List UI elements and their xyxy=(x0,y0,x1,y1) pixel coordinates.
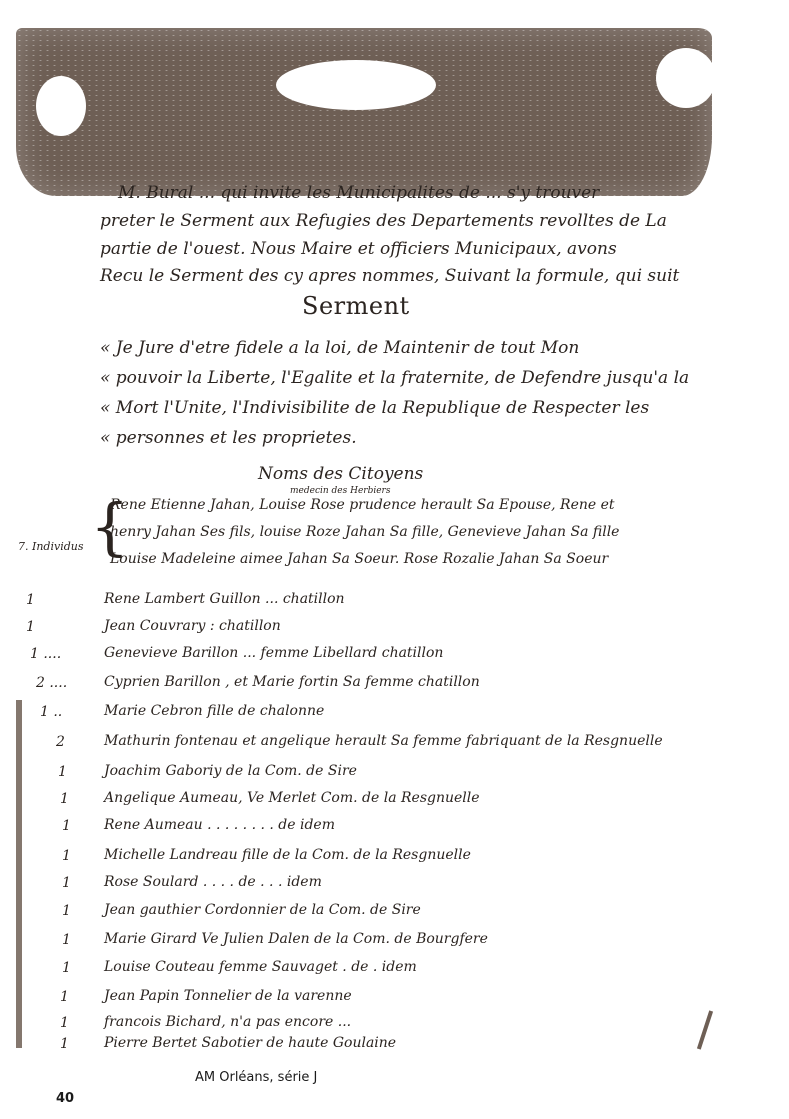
entry-count: 1 xyxy=(26,592,35,608)
entry-name: Rene Lambert Guillon ... chatillon xyxy=(104,591,345,607)
entry-name: francois Bichard, n'a pas encore ... xyxy=(104,1014,351,1030)
names-heading: Noms des Citoyens xyxy=(258,464,423,484)
family-count-label: 7. Individus xyxy=(18,540,83,553)
entry-count: 1 xyxy=(62,818,71,834)
stain-texture xyxy=(16,28,712,196)
oath-line: « Je Jure d'etre fidele a la loi, de Mai… xyxy=(100,338,579,358)
entry-count: 1 xyxy=(62,960,71,976)
oath-line: « pouvoir la Liberte, l'Egalite et la fr… xyxy=(100,368,689,388)
oath-line: « Mort l'Unite, l'Indivisibilite de la R… xyxy=(100,398,649,418)
entry-count: 1 xyxy=(60,791,69,807)
page-number: 40 xyxy=(56,1091,74,1106)
entry-name: Pierre Bertet Sabotier de haute Goulaine xyxy=(104,1035,396,1051)
entry-count: 1 xyxy=(60,989,69,1005)
entry-count: 1 xyxy=(60,1036,69,1052)
entry-count: 1 xyxy=(62,932,71,948)
intro-line: M. Bural ... qui invite les Municipalite… xyxy=(118,183,599,203)
entry-count: 2 xyxy=(56,734,65,750)
entry-count: 1 .. xyxy=(40,704,62,720)
entry-name: Jean gauthier Cordonnier de la Com. de S… xyxy=(104,902,421,918)
stain-light-patch xyxy=(36,76,86,136)
entry-name: Jean Papin Tonnelier de la varenne xyxy=(104,988,352,1004)
entry-name: Rose Soulard . . . . de . . . idem xyxy=(104,874,322,890)
entry-count: 1 xyxy=(62,903,71,919)
entry-count: 1 .... xyxy=(30,646,61,662)
oath-heading: Serment xyxy=(302,292,410,320)
entry-count: 1 xyxy=(62,848,71,864)
intro-line: partie de l'ouest. Nous Maire et officie… xyxy=(100,239,617,259)
entry-count: 2 .... xyxy=(36,675,67,691)
stain-light-patch xyxy=(276,60,436,110)
entry-name: Marie Girard Ve Julien Dalen de la Com. … xyxy=(104,931,488,947)
family-member-line: Louise Madeleine aimee Jahan Sa Soeur. R… xyxy=(110,551,608,567)
intro-line: Recu le Serment des cy apres nommes, Sui… xyxy=(100,266,679,286)
entry-name: Jean Couvrary : chatillon xyxy=(104,618,281,634)
entry-name: Louise Couteau femme Sauvaget . de . ide… xyxy=(104,959,417,975)
family-member-line: henry Jahan Ses fils, louise Roze Jahan … xyxy=(110,524,619,540)
entry-count: 1 xyxy=(58,764,67,780)
page-binding-edge xyxy=(16,700,22,1048)
entry-name: Mathurin fontenau et angelique herault S… xyxy=(104,733,663,749)
entry-count: 1 xyxy=(26,619,35,635)
entry-name: Angelique Aumeau, Ve Merlet Com. de la R… xyxy=(104,790,480,806)
entry-count: 1 xyxy=(60,1015,69,1031)
entry-name: Joachim Gaboriy de la Com. de Sire xyxy=(104,763,357,779)
archive-source-caption: AM Orléans, série J xyxy=(195,1070,317,1085)
water-stain-damage xyxy=(16,28,712,196)
names-annotation: medecin des Herbiers xyxy=(290,486,390,496)
stain-light-patch xyxy=(656,48,716,108)
entry-count: 1 xyxy=(62,875,71,891)
entry-name: Rene Aumeau . . . . . . . . de idem xyxy=(104,817,335,833)
entry-name: Marie Cebron fille de chalonne xyxy=(104,703,324,719)
entry-name: Michelle Landreau fille de la Com. de la… xyxy=(104,847,471,863)
oath-line: « personnes et les proprietes. xyxy=(100,428,357,448)
intro-line: preter le Serment aux Refugies des Depar… xyxy=(100,211,667,231)
family-member-line: Rene Etienne Jahan, Louise Rose prudence… xyxy=(110,497,615,513)
entry-name: Genevieve Barillon ... femme Libellard c… xyxy=(104,645,443,661)
entry-name: Cyprien Barillon , et Marie fortin Sa fe… xyxy=(104,674,480,690)
